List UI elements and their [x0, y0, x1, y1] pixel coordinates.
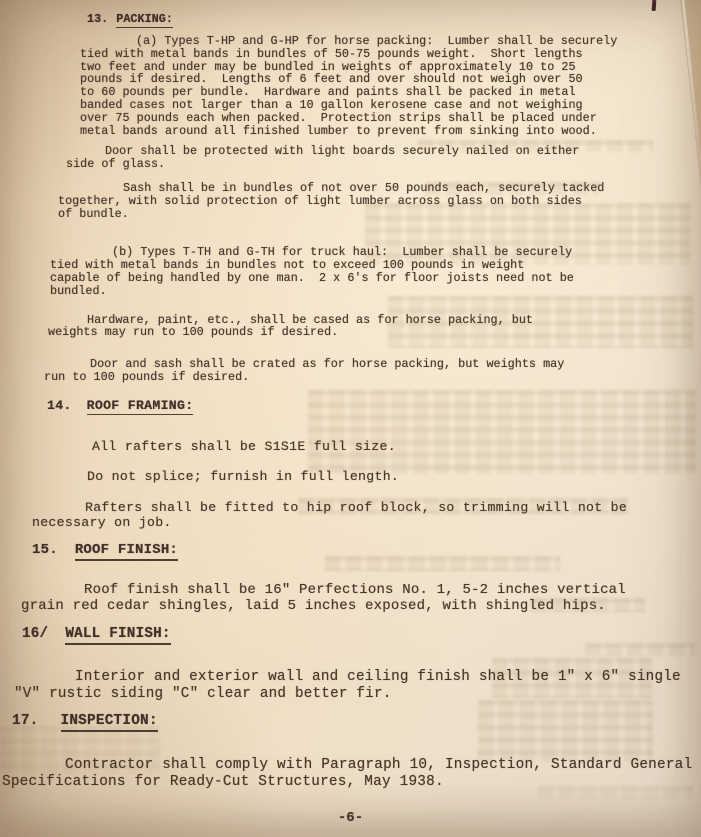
section-heading: 15.ROOF FINISH:: [0, 543, 701, 557]
section-number: 17.: [12, 713, 39, 729]
paragraph: (b) Types T-TH and G-TH for truck haul: …: [50, 246, 701, 297]
paragraph: Hardware, paint, etc., shall be cased as…: [48, 314, 701, 340]
section-title: ROOF FINISH:: [75, 542, 178, 561]
paragraph: (a) Types T-HP and G-HP for horse packin…: [80, 35, 701, 137]
section-14-roof-framing: 14.ROOF FRAMING: All rafters shall be S1…: [0, 399, 701, 530]
section-number: 15.: [32, 542, 58, 558]
paragraph: All rafters shall be S1S1E full size.: [92, 440, 701, 455]
section-heading: 14.ROOF FRAMING:: [0, 399, 701, 413]
section-number: 14.: [47, 398, 72, 413]
section-title: ROOF FRAMING:: [87, 398, 194, 415]
section-title: WALL FINISH:: [65, 626, 170, 645]
section-13-packing: 13.PACKING: (a) Types T-HP and G-HP for …: [0, 12, 701, 384]
section-15-roof-finish: 15.ROOF FINISH: Roof finish shall be 16"…: [0, 543, 701, 614]
scanned-document-photo: 13.PACKING: (a) Types T-HP and G-HP for …: [0, 0, 701, 837]
paragraph: Contractor shall comply with Paragraph 1…: [2, 757, 701, 791]
section-17-inspection: 17.INSPECTION: Contractor shall comply w…: [0, 714, 701, 791]
page-number: -6-: [0, 810, 701, 826]
section-heading: 16/WALL FINISH:: [0, 627, 701, 641]
paragraph: Sash shall be in bundles of not over 50 …: [58, 182, 701, 220]
section-title: INSPECTION:: [61, 713, 158, 732]
section-number: 13.: [87, 12, 108, 26]
section-number: 16/: [22, 626, 48, 642]
paragraph: Interior and exterior wall and ceiling f…: [14, 669, 701, 703]
paragraph: Roof finish shall be 16" Perfections No.…: [21, 582, 701, 614]
paragraph: Rafters shall be fitted to hip roof bloc…: [32, 501, 701, 530]
section-heading: 17.INSPECTION:: [0, 714, 701, 728]
paragraph: Do not splice; furnish in full length.: [87, 470, 701, 485]
paragraph: Door shall be protected with light board…: [66, 145, 701, 171]
ink-mark: [652, 0, 657, 11]
section-16-wall-finish: 16/WALL FINISH: Interior and exterior wa…: [0, 627, 701, 703]
section-title: PACKING:: [116, 12, 173, 28]
paragraph: Door and sash shall be crated as for hor…: [44, 358, 701, 384]
section-heading: 13.PACKING:: [0, 12, 701, 26]
